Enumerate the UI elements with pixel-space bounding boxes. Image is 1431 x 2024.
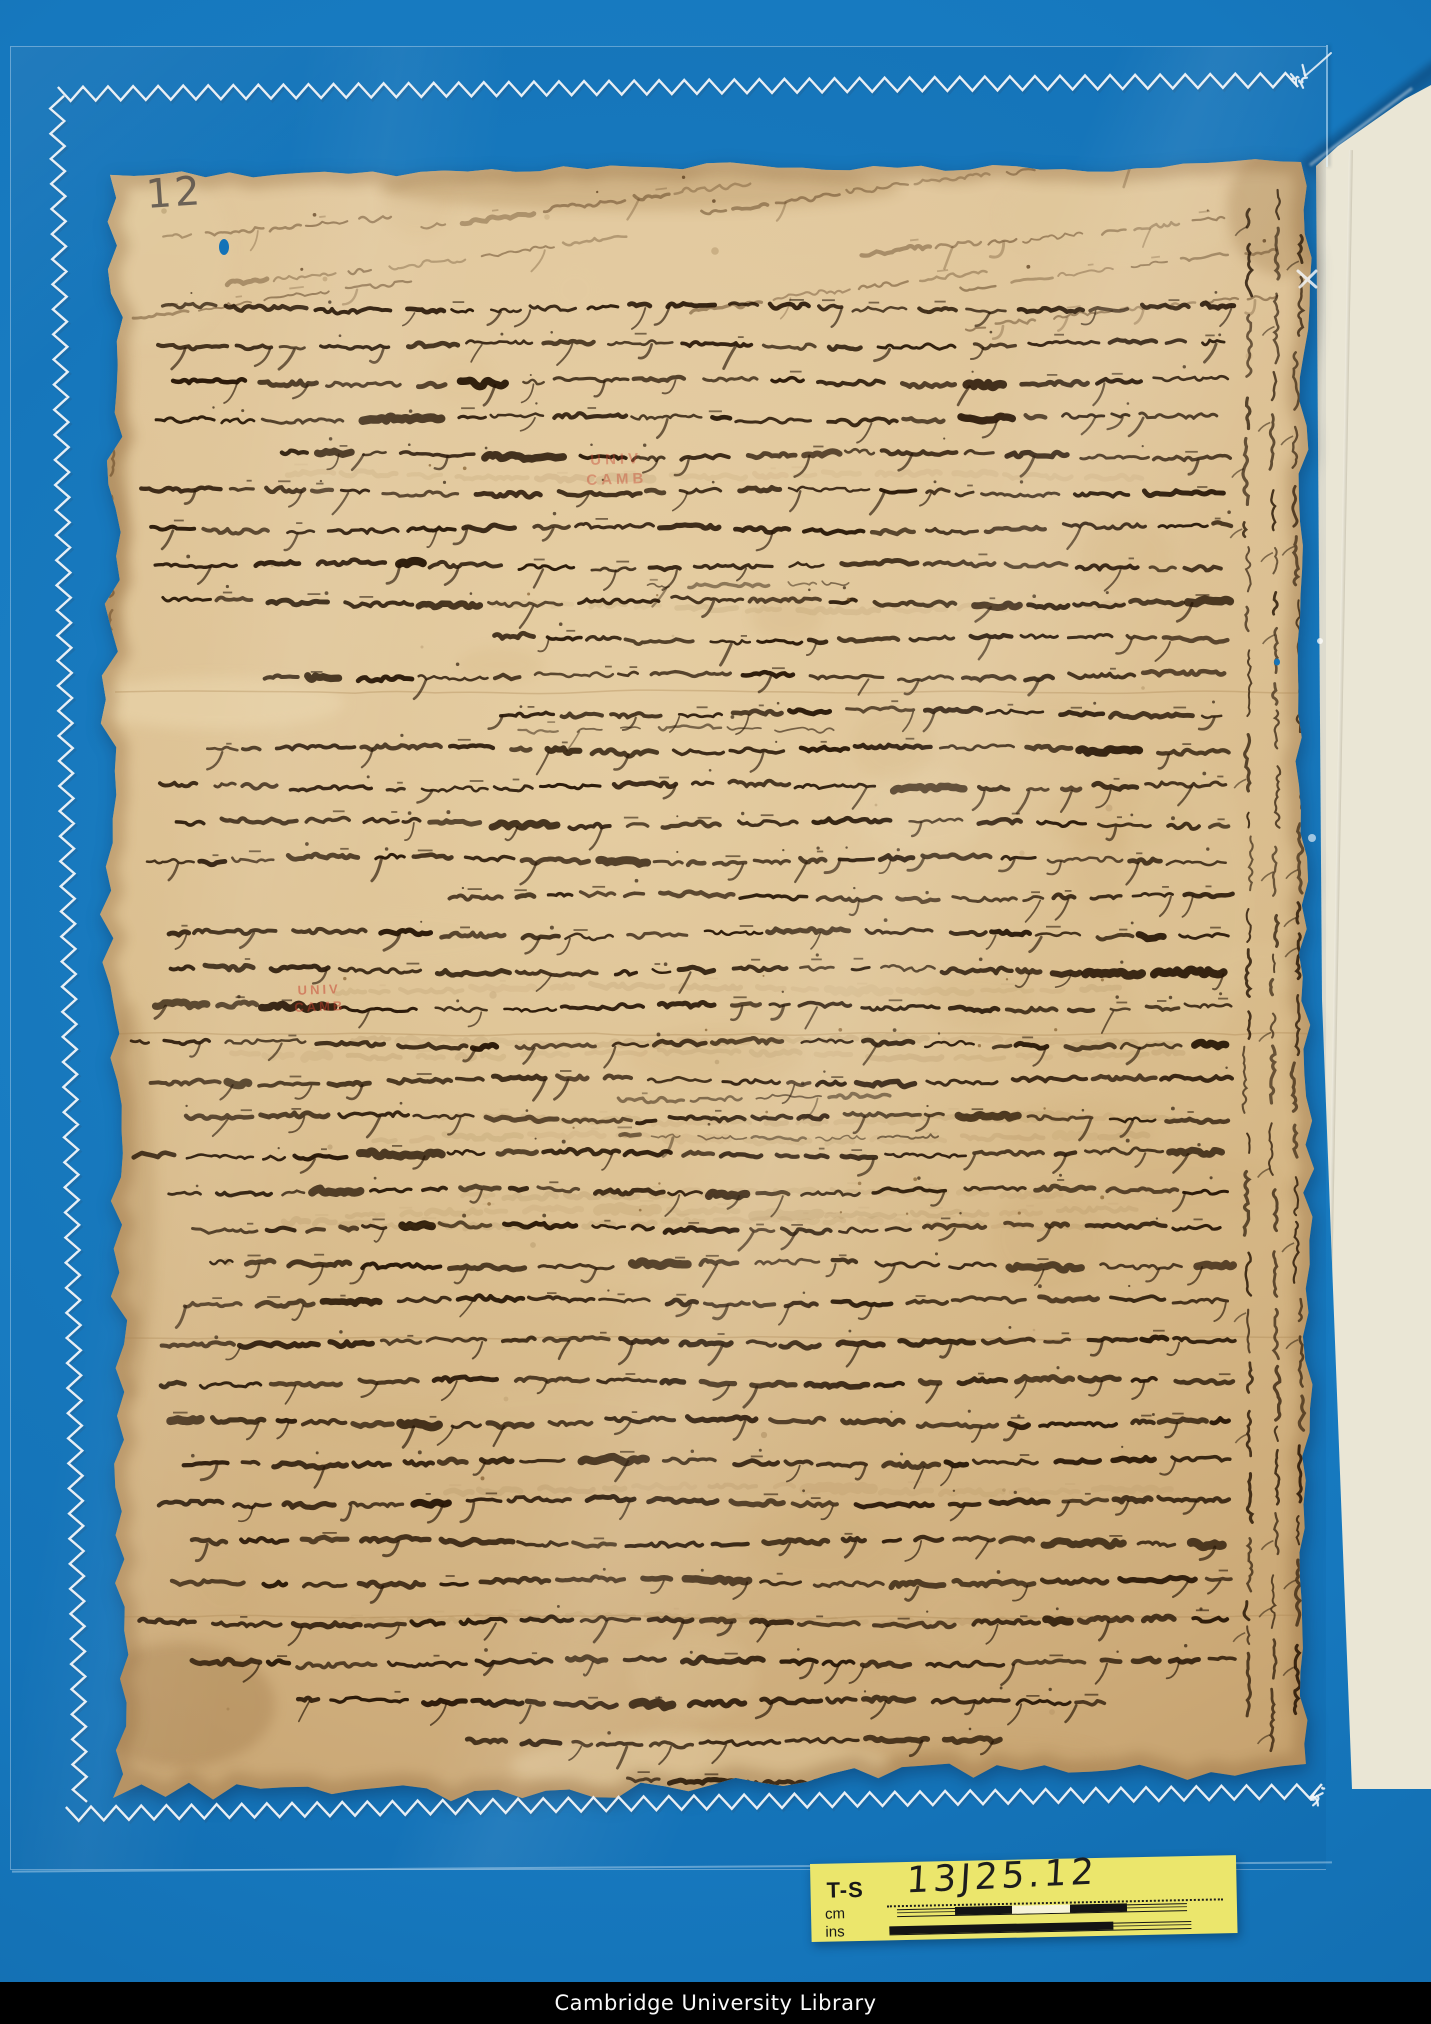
- manuscript-fragment: [0, 0, 1431, 2024]
- footer-bar: Cambridge University Library: [0, 1982, 1431, 2024]
- footer-text: Cambridge University Library: [554, 1991, 876, 2015]
- scale-unit-cm: cm: [825, 1905, 845, 1922]
- classmark-label: T-S 13J25.12 cm ins: [810, 1855, 1238, 1942]
- photograph-stage: 12 UNIV CAMB UNIV CAMB T-S 13J25.12 cm i…: [0, 0, 1431, 2024]
- scale-bar-ins: [889, 1921, 1191, 1935]
- library-stamp: UNIV CAMB: [585, 449, 647, 490]
- stamp-line-1: UNIV: [585, 449, 647, 471]
- scale-unit-ins: ins: [825, 1923, 845, 1940]
- stamp-line-2: CAMB: [586, 468, 648, 490]
- stamp-line-2: CAMB: [294, 998, 346, 1017]
- folio-number: 12: [144, 168, 204, 218]
- library-stamp: UNIV CAMB: [293, 981, 345, 1017]
- stamp-line-1: UNIV: [293, 981, 345, 1000]
- classmark-prefix: T-S: [826, 1877, 864, 1904]
